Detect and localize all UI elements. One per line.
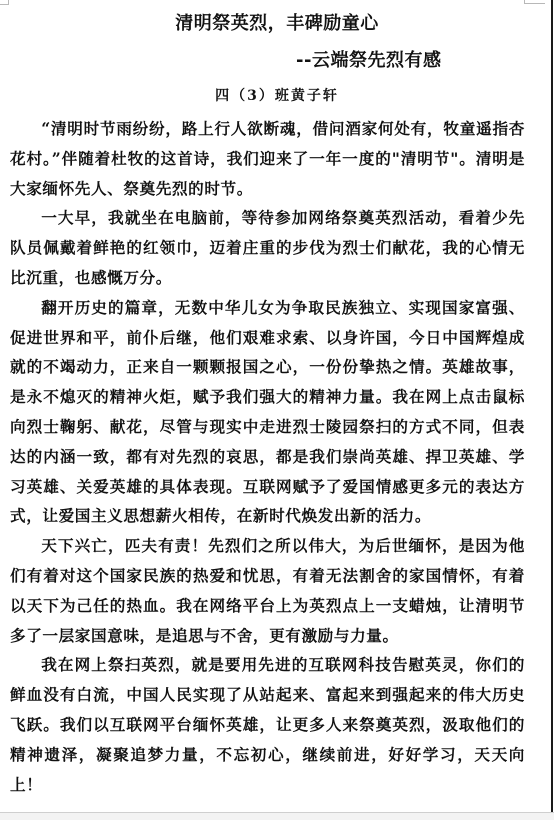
essay-author: 四（3）班黄子轩: [0, 85, 554, 105]
paragraph: 天下兴亡，匹夫有责！先烈们之所以伟大，为后世缅怀，是因为他们有着对这个国家民族的…: [10, 531, 525, 650]
page-bottom-edge: [0, 812, 554, 820]
paragraph: 我在网上祭扫英烈，就是要用先进的互联网科技告慰英灵，你们的鲜血没有白流，中国人民…: [10, 650, 525, 799]
document-page: 清明祭英烈，丰碑励童心 --云端祭先烈有感 四（3）班黄子轩 “清明时节雨纷纷，…: [0, 0, 553, 812]
essay-title: 清明祭英烈，丰碑励童心: [0, 9, 554, 35]
essay-subtitle: --云端祭先烈有感: [296, 46, 441, 72]
paragraph: 一大早，我就坐在电脑前，等待参加网络祭奠英烈活动，看着少先队员佩戴着鲜艳的红领巾…: [10, 203, 525, 292]
essay-body: “清明时节雨纷纷，路上行人欲断魂，借问酒家何处有，牧童遥指杏花村。”伴随着杜牧的…: [10, 114, 525, 799]
paragraph: 翻开历史的篇章，无数中华儿女为争取民族独立、实现国家富强、促进世界和平，前仆后继…: [10, 293, 525, 531]
page-corner-mark: [0, 0, 9, 5]
page-corner-mark: [524, 0, 545, 4]
paragraph: “清明时节雨纷纷，路上行人欲断魂，借问酒家何处有，牧童遥指杏花村。”伴随着杜牧的…: [10, 114, 525, 203]
